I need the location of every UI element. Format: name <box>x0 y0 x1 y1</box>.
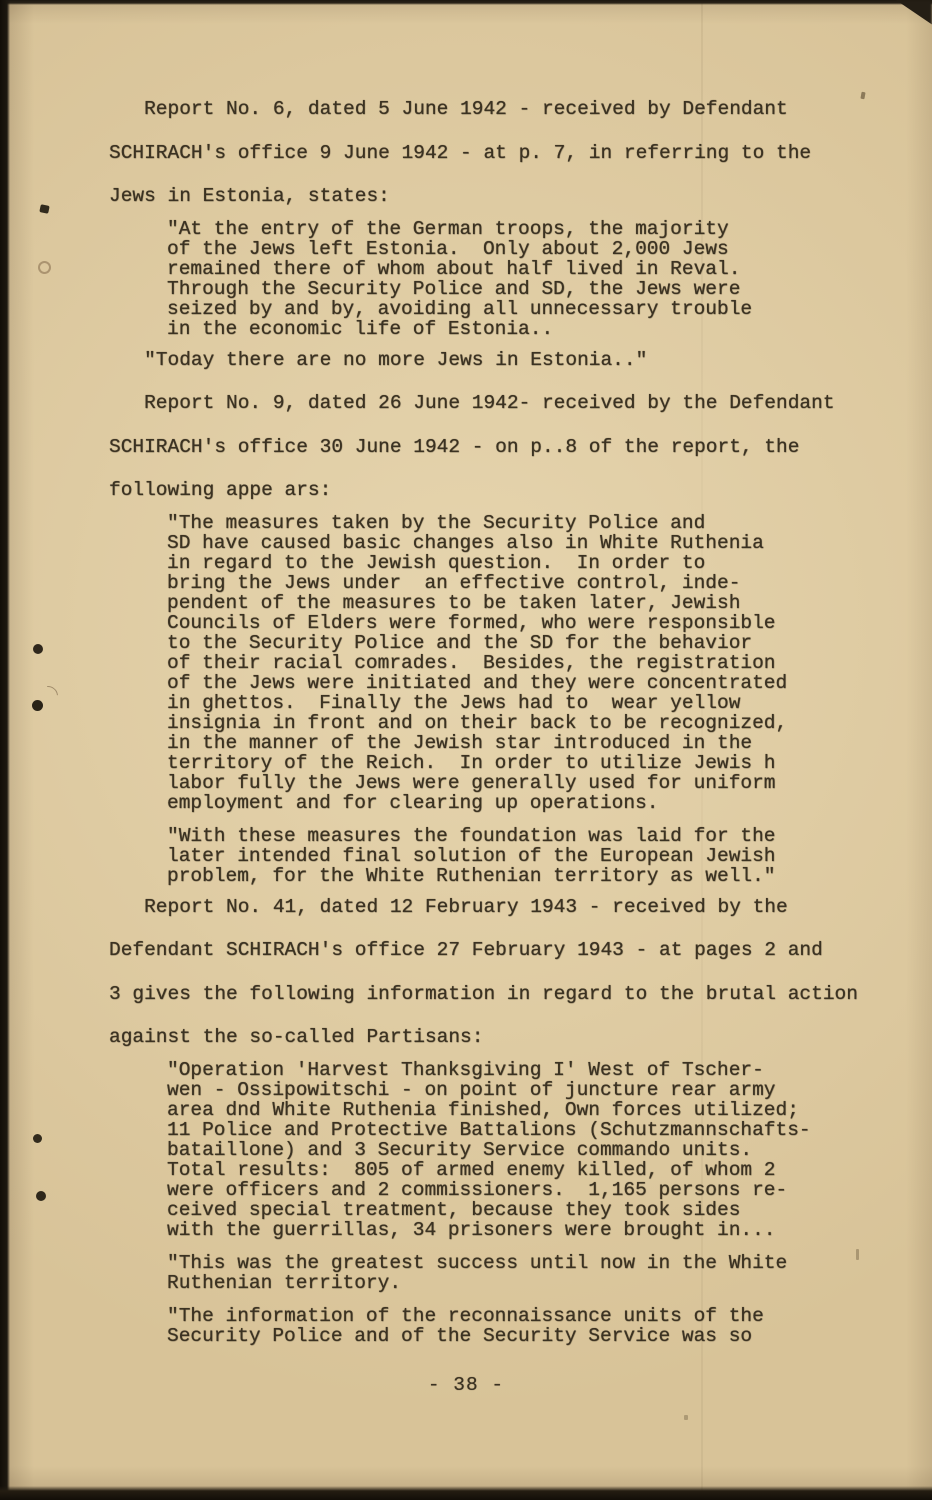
scanned-document-page: { "page": { "number_label": "- 38 -", "p… <box>0 0 932 1500</box>
typed-line: 3 gives the following information in reg… <box>109 973 899 1017</box>
ink-dot-mark <box>33 644 43 654</box>
typed-line: Through the Security Police and SD, the … <box>167 279 899 299</box>
typed-line: problem, for the White Ruthenian territo… <box>167 866 899 886</box>
typed-line: insignia in front and on their back to b… <box>167 713 899 733</box>
typed-line: "At the entry of the German troops, the … <box>167 219 899 239</box>
typed-line: in ghettos. Finally the Jews had to wear… <box>167 693 899 713</box>
typed-line: pendent of the measures to be taken late… <box>167 593 899 613</box>
scan-edge-left <box>0 0 10 1500</box>
scan-edge-bottom <box>0 1486 932 1500</box>
typed-line: in regard to the Jewish question. In ord… <box>167 553 899 573</box>
body-paragraph: Report No. 6, dated 5 June 1942 - receiv… <box>109 88 899 219</box>
typed-line: 11 Police and Protective Battalions (Sch… <box>167 1120 899 1140</box>
typed-line: in the economic life of Estonia.. <box>167 319 899 339</box>
typed-line: of their racial comrades. Besides, the r… <box>167 653 899 673</box>
quoted-paragraph: "The measures taken by the Security Poli… <box>167 513 899 813</box>
typed-line: in the manner of the Jewish star introdu… <box>167 733 899 753</box>
typed-line: "This was the greatest success until now… <box>167 1253 899 1273</box>
typed-line: following appe ars: <box>109 469 899 513</box>
typed-line: "The measures taken by the Security Poli… <box>167 513 899 533</box>
typed-line: Report No. 41, dated 12 February 1943 - … <box>109 886 899 930</box>
quoted-paragraph: "Operation 'Harvest Thanksgiving I' West… <box>167 1060 899 1240</box>
typed-line: ceived special treatment, because they t… <box>167 1200 899 1220</box>
typed-line: Jews in Estonia, states: <box>109 175 899 219</box>
body-paragraph: "Today there are no more Jews in Estonia… <box>109 339 899 383</box>
ink-ring-mark <box>38 261 51 274</box>
typed-line: of the Jews left Estonia. Only about 2,0… <box>167 239 899 259</box>
page-number: - 38 - <box>0 1374 932 1396</box>
ink-dot-mark <box>33 1134 42 1143</box>
quoted-paragraph: "At the entry of the German troops, the … <box>167 219 899 339</box>
typed-line: Defendant SCHIRACH's office 27 February … <box>109 929 899 973</box>
typed-text-area: Report No. 6, dated 5 June 1942 - receiv… <box>109 88 899 1346</box>
typed-line: SCHIRACH's office 9 June 1942 - at p. 7,… <box>109 132 899 176</box>
typed-line: remained there of whom about half lived … <box>167 259 899 279</box>
quoted-paragraph: "The information of the reconnaissance u… <box>167 1306 899 1346</box>
scan-edge-top <box>0 0 932 5</box>
typed-line: SD have caused basic changes also in Whi… <box>167 533 899 553</box>
body-paragraph: Report No. 9, dated 26 June 1942- receiv… <box>109 382 899 513</box>
ink-dot-mark <box>36 1191 46 1201</box>
typed-line: SCHIRACH's office 30 June 1942 - on p..8… <box>109 426 899 470</box>
typed-line: Report No. 6, dated 5 June 1942 - receiv… <box>109 88 899 132</box>
typed-line: to the Security Police and the SD for th… <box>167 633 899 653</box>
typed-line: against the so-called Partisans: <box>109 1016 899 1060</box>
typed-line: Total results: 805 of armed enemy killed… <box>167 1160 899 1180</box>
ink-dot-mark <box>32 700 43 711</box>
typed-line: "With these measures the foundation was … <box>167 826 899 846</box>
typed-line: Ruthenian territory. <box>167 1273 899 1293</box>
typed-line: later intended final solution of the Eur… <box>167 846 899 866</box>
typed-line: of the Jews were initiated and they were… <box>167 673 899 693</box>
typed-line: bring the Jews under an effective contro… <box>167 573 899 593</box>
ink-blot-mark <box>39 204 49 214</box>
typed-line: employment and for clearing up operation… <box>167 793 899 813</box>
typed-line: "Today there are no more Jews in Estonia… <box>109 339 899 383</box>
paper-speck <box>684 1415 688 1420</box>
typed-line: "Operation 'Harvest Thanksgiving I' West… <box>167 1060 899 1080</box>
quoted-paragraph: "With these measures the foundation was … <box>167 826 899 886</box>
typed-line: labor fully the Jews were generally used… <box>167 773 899 793</box>
typed-line: "The information of the reconnaissance u… <box>167 1306 899 1326</box>
typed-line: with the guerrillas, 34 prisoners were b… <box>167 1220 899 1240</box>
quoted-paragraph: "This was the greatest success until now… <box>167 1253 899 1293</box>
typed-line: bataillone) and 3 Security Service comma… <box>167 1140 899 1160</box>
typed-line: Councils of Elders were formed, who were… <box>167 613 899 633</box>
typed-line: Report No. 9, dated 26 June 1942- receiv… <box>109 382 899 426</box>
typed-line: seized by and by, avoiding all unnecessa… <box>167 299 899 319</box>
typed-line: wen - Ossipowitschi - on point of junctu… <box>167 1080 899 1100</box>
typed-line: area dnd White Ruthenia finished, Own fo… <box>167 1100 899 1120</box>
typed-line: were officers and 2 commissioners. 1,165… <box>167 1180 899 1200</box>
typed-line: Security Police and of the Security Serv… <box>167 1326 899 1346</box>
typed-line: territory of the Reich. In order to util… <box>167 753 899 773</box>
body-paragraph: Report No. 41, dated 12 February 1943 - … <box>109 886 899 1060</box>
paper-speck <box>856 1249 859 1260</box>
